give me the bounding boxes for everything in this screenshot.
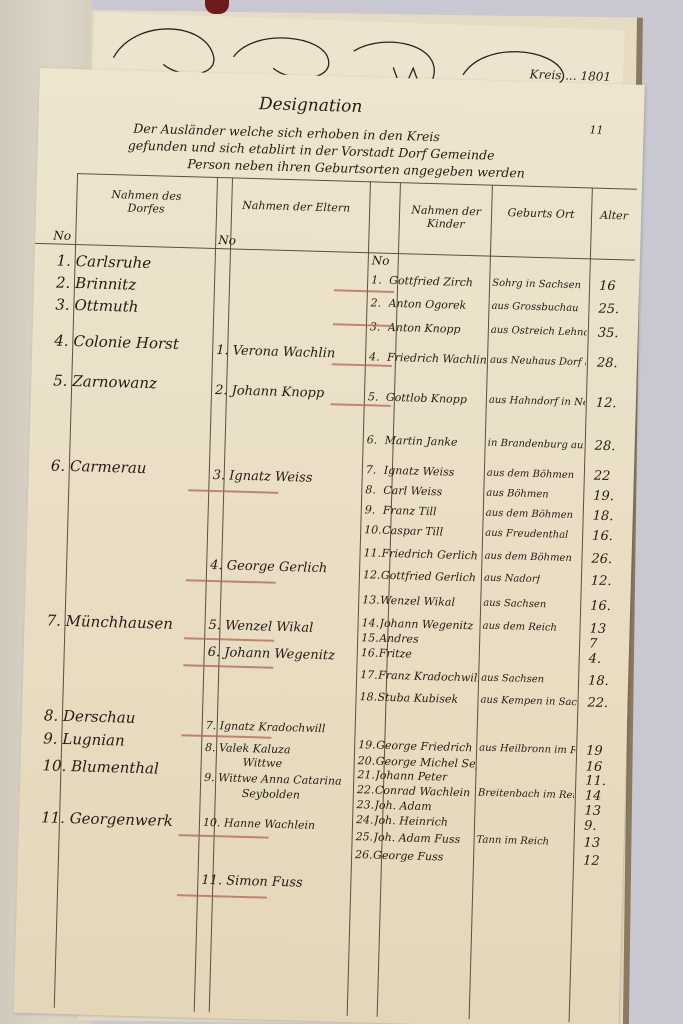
parent-name: Johann Wegenitz [224,645,335,663]
age: 22. [587,696,608,712]
birthplace: Breitenbach im Reich [478,786,574,804]
birthplace: aus Ostreich Lehnau [491,323,587,341]
parent-name: George Gerlich [227,558,328,576]
age: 12. [591,574,612,590]
red-underline [183,664,273,669]
village-name: Blumenthal [71,757,159,777]
birthplace: Tann im Reich [476,832,549,849]
village-no: 3. [55,296,70,314]
village-no: 11. [41,808,65,827]
parent-row: 6. Johann Wegenitz [208,645,336,664]
village-name: Zarnowanz [72,372,157,392]
birthplace: aus Heilbronn im Reich [479,741,575,759]
age: 9. [584,818,597,833]
child-name: Caspar Till [382,523,443,540]
birthplace: aus Kempen in Sachsen [480,693,576,711]
parent-row: 10. Hanne Wachlein [203,815,316,833]
parent-row: Seybolden [242,786,300,803]
village-name: Carmerau [70,457,147,477]
col-header-no2: No [218,233,236,247]
page-title: Designation [259,94,363,117]
village-row: 8. Derschau [44,708,136,726]
age: 25. [598,302,619,318]
red-underline [332,363,392,367]
age: 18. [592,509,613,525]
parent-row: 3. Ignatz Weiss [212,468,312,486]
village-name: Georgenwerk [69,809,173,830]
parent-name: Wittwe Anna Catarina [218,771,342,787]
parent-name: Johann Knopp [231,383,324,401]
age: 12. [596,396,617,412]
red-underline [333,323,393,327]
village-name: Derschau [63,707,136,727]
child-name: Wenzel Wikal [380,593,455,610]
village-no: 9. [43,729,58,747]
village-row: 9. Lugnian [43,731,125,748]
child-no: 9. [365,502,376,517]
village-row: 3. Ottmuth [55,298,138,315]
village-no: 10. [42,756,66,775]
age: 28. [594,439,615,455]
parent-name: Hanne Wachlein [224,816,315,832]
parent-row: 1. Verona Wachlin [216,343,335,361]
age: 12 [583,853,600,868]
age: 13 [589,622,606,637]
child-name: George Friedrich [376,738,473,756]
child-no: 4. [369,349,380,364]
red-underline [177,894,267,899]
child-no: 15. [361,630,379,645]
col-header-age: Alter [592,208,636,222]
red-underline [188,489,278,494]
birthplace: aus Grossbuchau [491,299,578,316]
red-underline [331,403,391,407]
birthplace: in Brandenburg aus Hoyerswerda bey Sagan [487,436,583,454]
col-header-no1: No [53,228,71,242]
village-no: 1. [56,252,71,270]
age: 16 [599,279,616,294]
child-no: 25. [355,829,373,844]
child-name: Franz Till [383,503,437,519]
child-no: 7. [366,462,377,477]
child-no: 6. [367,432,378,447]
child-name: Friedrich Gerlich [381,546,478,564]
child-name: Carl Weiss [383,483,442,500]
child-no: 8. [365,482,376,497]
parent-row: 2. Johann Knopp [215,383,325,401]
child-no: 2. [370,295,381,310]
child-no: 1. [371,272,382,287]
birthplace: aus Nadorf [484,571,541,588]
birthplace: Sohrg in Sachsen [492,276,581,293]
child-no: 10. [364,522,382,537]
age: 19. [593,489,614,505]
parent-name: Seybolden [242,787,300,802]
birthplace: aus dem Böhmen [487,466,575,483]
col-header-children: Nahmen der Kinder [406,203,487,231]
child-no: 18. [359,689,377,704]
col-header-birthplace: Geburts Ort [496,206,586,222]
village-no: 6. [51,456,66,474]
child-no: 22. [357,782,375,797]
child-no: 11. [363,545,381,560]
village-name: Lugnian [62,730,125,750]
parent-row: 5. Wenzel Wikal [208,618,313,636]
child-name: Joh. Heinrich [374,813,448,830]
child-name: Gottlob Knopp [386,390,467,407]
parent-name: Ignatz Weiss [229,468,313,485]
age: 11. [585,774,606,790]
child-name: Martin Janke [385,433,458,450]
child-name: Fritze [379,646,413,662]
register-page: Designation 11 Der Ausländer welche sich… [14,68,645,1024]
age: 18. [588,674,609,690]
village-name: Ottmuth [74,296,138,316]
village-row: 1. Carlsruhe [56,254,151,272]
age: 16. [592,529,613,545]
child-no: 3. [370,319,381,334]
village-no: 2. [56,274,71,292]
birthplace: aus dem Böhmen [486,506,574,523]
age: 28. [597,356,618,372]
child-name: Joh. Adam Fuss [373,830,460,847]
village-name: Münchhausen [65,612,173,633]
age: 13 [583,835,600,850]
child-no: 13. [362,592,380,607]
child-name: Ignatz Weiss [384,463,455,480]
parent-row: 7. Ignatz Kradochwill [205,718,325,736]
col-header-parents: Nahmen der Eltern [241,199,351,215]
village-no: 4. [54,332,69,350]
child-name: Andres [379,631,419,647]
col-header-no3: No [372,253,390,267]
child-name: Anton Ogorek [388,296,466,313]
child-name: Gottfried Zirch [389,273,473,290]
red-underline [179,834,269,839]
village-row: 4. Colonie Horst [54,334,179,352]
age: 16. [590,599,611,615]
birthplace: aus Hahndorf in Neumark [489,393,585,411]
village-name: Carlsruhe [75,252,151,272]
child-no: 23. [356,797,374,812]
parent-row: Wittwe [242,755,282,771]
village-no: 5. [53,371,68,389]
child-name: George Fuss [373,848,444,865]
red-underline [334,289,394,293]
age: 35. [598,326,619,342]
col-header-village: Nahmen des Dorfes [91,187,202,216]
birthplace: aus Sachsen [483,596,546,613]
village-row: 7. Münchhausen [46,613,173,632]
village-row: 5. Zarnowanz [53,373,157,391]
parent-row: 4. George Gerlich [210,558,327,576]
child-name: Anton Knopp [388,320,461,337]
birthplace: aus Böhmen [486,486,549,503]
age: 4. [589,652,602,667]
age: 7 [589,637,598,652]
village-row: 6. Carmerau [51,458,147,476]
red-underline [186,579,276,584]
parent-name: Ignatz Kradochwill [220,719,326,735]
child-no: 14. [361,615,379,630]
birthplace: aus dem Reich [482,619,557,636]
child-name: Gottfried Gerlich [381,568,476,586]
village-name: Colonie Horst [73,332,179,353]
red-underline [184,637,274,642]
parent-name: Simon Fuss [226,874,303,891]
birthplace: aus Freudenthal [485,526,569,543]
child-no: 21. [357,767,375,782]
age: 13 [584,803,601,818]
child-no: 16. [361,645,379,660]
child-no: 19. [358,737,376,752]
red-underline [181,734,271,739]
parent-name: Wittwe [243,756,283,770]
parent-row: 11. Simon Fuss [201,873,303,891]
child-name: Stuba Kubisek [377,690,458,707]
child-no: 17. [360,667,378,682]
village-row: 2. Brinnitz [56,276,137,293]
village-no: 8. [44,706,59,724]
age: 19 [586,744,603,759]
village-row: 10. Blumenthal [42,758,159,776]
child-no: 5. [368,389,379,404]
age: 22 [594,469,611,484]
age: 26. [591,552,612,568]
page-number: 11 [589,123,603,136]
child-name: Franz Kradochwill [378,668,478,686]
parent-name: Valek Kaluza [219,741,291,756]
village-name: Brinnitz [75,274,137,294]
child-name: Friedrich Wachlin [387,350,487,368]
birthplace: aus Neuhaus Dorf bey Sagan [490,353,586,371]
child-no: 12. [363,567,381,582]
child-no: 24. [356,812,374,827]
birthplace: aus Sachsen [481,671,544,688]
parent-name: Verona Wachlin [233,343,336,361]
age: 14 [585,789,602,804]
village-no: 7. [46,611,61,629]
child-no: 26. [355,847,373,862]
child-name: Joh. Adam [374,798,431,815]
birthplace: aus dem Böhmen [484,549,572,566]
village-row: 11. Georgenwerk [41,810,173,829]
parent-name: Wenzel Wikal [225,618,314,635]
